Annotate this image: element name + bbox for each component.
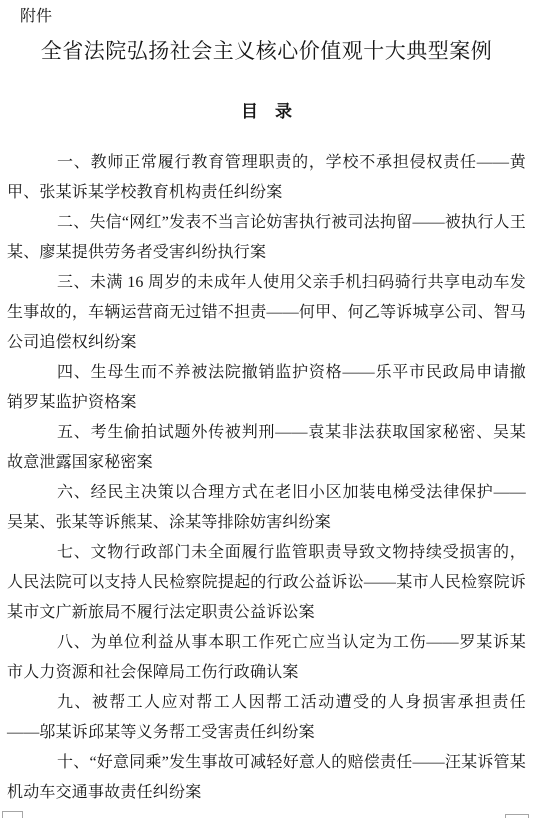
page-title: 全省法院弘扬社会主义核心价值观十大典型案例 — [6, 36, 527, 66]
page-corner-box-left — [2, 811, 23, 818]
toc-item: 七、文物行政部门未全面履行监管职责导致文物持续受损害的，人民法院可以支持人民检察… — [0, 538, 533, 628]
toc-item: 二、失信“网红”发表不当言论妨害执行被司法拘留——被执行人王某、廖某提供劳务者受… — [0, 208, 533, 268]
toc-item: 五、考生偷拍试题外传被判刑——袁某非法获取国家秘密、吴某故意泄露国家秘密案 — [0, 418, 533, 478]
toc-item: 九、被帮工人应对帮工人因帮工活动遭受的人身损害承担责任——邬某诉邱某等义务帮工受… — [0, 688, 533, 748]
toc-list: 一、教师正常履行教育管理职责的，学校不承担侵权责任——黄甲、张某诉某学校教育机构… — [0, 148, 533, 808]
toc-item: 一、教师正常履行教育管理职责的，学校不承担侵权责任——黄甲、张某诉某学校教育机构… — [0, 148, 533, 208]
toc-heading: 目 录 — [0, 100, 533, 124]
toc-item: 八、为单位利益从事本职工作死亡应当认定为工伤——罗某诉某市人力资源和社会保障局工… — [0, 628, 533, 688]
page-corner-box-right — [505, 814, 529, 818]
document-page: 附件 全省法院弘扬社会主义核心价值观十大典型案例 目 录 一、教师正常履行教育管… — [0, 0, 533, 818]
toc-item: 十、“好意同乘”发生事故可减轻好意人的赔偿责任——汪某诉管某机动车交通事故责任纠… — [0, 748, 533, 808]
toc-item: 三、未满 16 周岁的未成年人使用父亲手机扫码骑行共享电动车发生事故的，车辆运营… — [0, 268, 533, 358]
toc-item: 四、生母生而不养被法院撤销监护资格——乐平市民政局申请撤销罗某监护资格案 — [0, 358, 533, 418]
toc-item: 六、经民主决策以合理方式在老旧小区加装电梯受法律保护——吴某、张某等诉熊某、涂某… — [0, 478, 533, 538]
attachment-label: 附件 — [20, 6, 533, 28]
